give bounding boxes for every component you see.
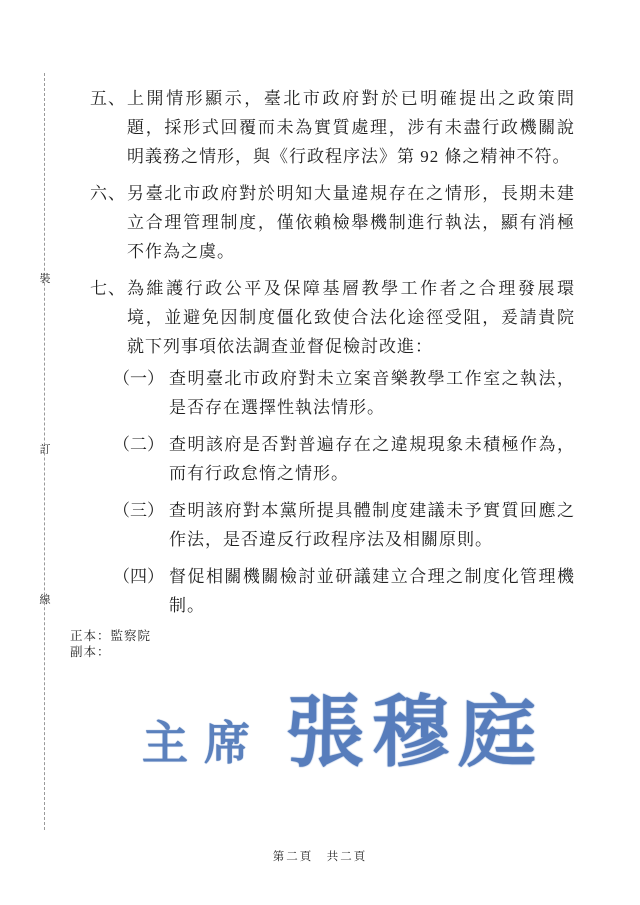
binding-char-ding: 訂 <box>37 443 53 457</box>
binding-char-zhuang: 裝 <box>37 272 53 286</box>
paragraph-6-number: 六、 <box>90 179 127 266</box>
subitem-3: （三） 查明該府對本黨所提具體制度建議未予實質回應之作法，是否違反行政程序法及相… <box>113 496 575 554</box>
paragraph-7: 七、 為維護行政公平及保障基層教學工作者之合理發展環境，並避免因制度僵化致使合法… <box>90 274 575 361</box>
paragraph-7-number: 七、 <box>90 274 127 361</box>
document-page: 裝 訂 線 五、 上開情形顯示，臺北市政府對於已明確提出之政策問題，採形式回覆而… <box>0 0 640 905</box>
paragraph-6-text: 另臺北市政府對於明知大量違規存在之情形，長期未建立合理管理制度，僅依賴檢舉機制進… <box>127 179 575 266</box>
paragraph-5: 五、 上開情形顯示，臺北市政府對於已明確提出之政策問題，採形式回覆而未為實質處理… <box>90 84 575 171</box>
subitem-4-number: （四） <box>113 562 169 620</box>
page-footer: 第二頁 共二頁 <box>0 848 640 864</box>
subitem-2-number: （二） <box>113 430 169 488</box>
recipient-original: 正本：監察院 <box>70 628 575 644</box>
subitem-list: （一） 查明臺北市政府對未立案音樂教學工作室之執法，是否存在選擇性執法情形。 （… <box>113 364 575 620</box>
binding-char-xian: 線 <box>37 593 53 607</box>
subitem-2-text: 查明該府是否對普遍存在之違規現象未積極作為，而有行政怠惰之情形。 <box>169 430 575 488</box>
paragraph-5-text: 上開情形顯示，臺北市政府對於已明確提出之政策問題，採形式回覆而未為實質處理，涉有… <box>127 84 575 171</box>
paragraph-6: 六、 另臺北市政府對於明知大量違規存在之情形，長期未建立合理管理制度，僅依賴檢舉… <box>90 179 575 266</box>
subitem-2: （二） 查明該府是否對普遍存在之違規現象未積極作為，而有行政怠惰之情形。 <box>113 430 575 488</box>
paragraph-5-number: 五、 <box>90 84 127 171</box>
chairman-signature-stamp: 主席 張穆庭 <box>142 670 575 782</box>
recipients-block: 正本：監察院 副本： <box>70 628 575 660</box>
signature-title: 主席 <box>142 707 266 773</box>
subitem-3-text: 查明該府對本黨所提具體制度建議未予實質回應之作法，是否違反行政程序法及相關原則。 <box>169 496 575 554</box>
subitem-1-number: （一） <box>113 364 169 422</box>
subitem-4-text: 督促相關機關檢討並研議建立合理之制度化管理機制。 <box>169 562 575 620</box>
subitem-1: （一） 查明臺北市政府對未立案音樂教學工作室之執法，是否存在選擇性執法情形。 <box>113 364 575 422</box>
subitem-3-number: （三） <box>113 496 169 554</box>
document-body: 五、 上開情形顯示，臺北市政府對於已明確提出之政策問題，採形式回覆而未為實質處理… <box>90 84 575 782</box>
paragraph-7-text: 為維護行政公平及保障基層教學工作者之合理發展環境，並避免因制度僵化致使合法化途徑… <box>127 274 575 361</box>
subitem-4: （四） 督促相關機關檢討並研議建立合理之制度化管理機制。 <box>113 562 575 620</box>
recipient-copy: 副本： <box>70 644 575 660</box>
signature-name: 張穆庭 <box>286 670 544 782</box>
subitem-1-text: 查明臺北市政府對未立案音樂教學工作室之執法，是否存在選擇性執法情形。 <box>169 364 575 422</box>
